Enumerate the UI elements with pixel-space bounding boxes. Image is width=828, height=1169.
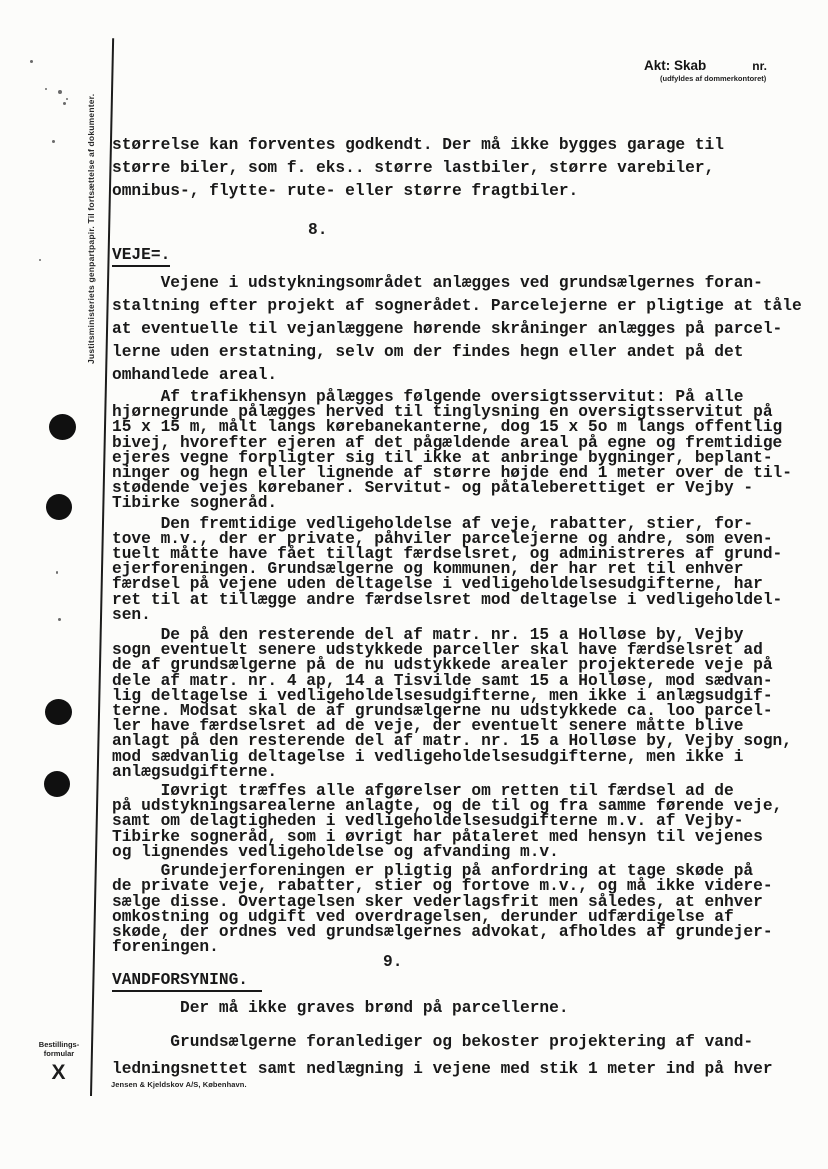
akt-label: Akt: Skab: [644, 58, 706, 73]
scan-speck: [39, 259, 41, 261]
paragraph-owner-association: Grundejerforeningen er pligtig på anford…: [112, 864, 818, 955]
order-form-mark: X: [26, 1062, 92, 1084]
section-8-title: VEJE=.: [112, 246, 818, 264]
akt-nr-label: nr.: [752, 59, 767, 73]
paragraph-roads-construction: Vejene i udstykningsområdet anlægges ved…: [112, 272, 818, 387]
section-9-title: VANDFORSYNING.: [112, 971, 818, 989]
scan-speck: [58, 90, 62, 94]
paragraph-traffic-servitude: Af trafikhensyn pålægges følgende oversi…: [112, 390, 818, 512]
scanned-document-page: Justitsministeriets genpartpapir. Til fo…: [0, 0, 828, 1169]
paragraph-decisions: Iøvrigt træffes alle afgørelser om rette…: [112, 784, 818, 860]
scan-speck: [58, 618, 61, 621]
section-9-title-text: VANDFORSYNING.: [112, 971, 262, 992]
paragraph-maintenance: Den fremtidige vedligeholdelse af veje, …: [112, 517, 818, 623]
continuation-paragraph: størrelse kan forventes godkendt. Der må…: [112, 134, 818, 203]
section-9-number: 9.: [383, 955, 818, 970]
scan-speck: [30, 60, 33, 63]
document-body: størrelse kan forventes godkendt. Der må…: [112, 134, 818, 1083]
section-8-title-text: VEJE=.: [112, 246, 170, 267]
section-8-number: 8.: [308, 222, 818, 239]
scan-speck: [56, 571, 58, 574]
paragraph-water-mains: Grundsælgerne foranlediger og bekoster p…: [112, 1029, 818, 1083]
akt-stamp: Akt: Skab nr. (udfyldes af dommerkontore…: [644, 58, 767, 83]
printer-credit: Jensen & Kjeldskov A/S, København.: [111, 1080, 247, 1089]
scan-speck: [52, 140, 55, 143]
punch-hole: [44, 771, 70, 797]
akt-note: (udfyldes af dommerkontoret): [660, 74, 767, 83]
scan-speck: [45, 88, 47, 90]
punch-hole: [49, 414, 76, 440]
margin-paper-type-note: Justitsministeriets genpartpapir. Til fo…: [86, 62, 96, 364]
order-form-line2: formular: [26, 1049, 92, 1058]
order-form-label: Bestillings- formular X: [26, 1040, 92, 1084]
scan-speck: [66, 98, 68, 100]
punch-hole: [45, 699, 72, 725]
scan-speck: [63, 102, 66, 105]
paragraph-no-wells: Der må ikke graves brønd på parcellerne.: [112, 997, 818, 1020]
order-form-line1: Bestillings-: [26, 1040, 92, 1049]
paragraph-parcel-rights: De på den resterende del af matr. nr. 15…: [112, 628, 818, 780]
punch-hole: [46, 494, 72, 520]
